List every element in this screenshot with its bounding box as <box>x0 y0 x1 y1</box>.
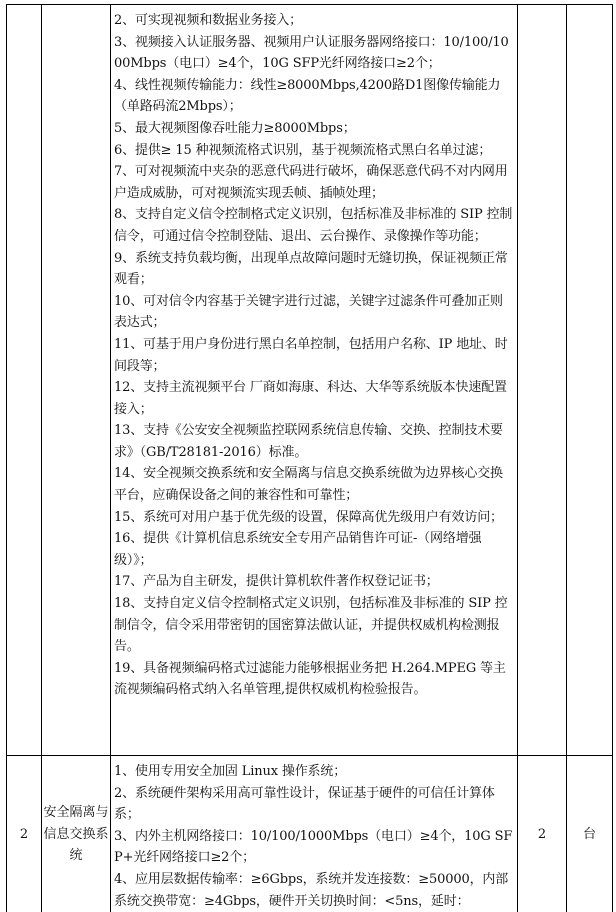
table-row: 2 安全隔离与信息交换系统 1、使用专用安全加固 Linux 操作系统； 2、系… <box>7 756 613 912</box>
quantity-cell <box>518 5 567 756</box>
spec-item: 14、安全视频交换系统和安全隔离与信息交换系统做为边界核心交换平台，应确保设备之… <box>114 463 515 506</box>
product-name-cell: 安全隔离与信息交换系统 <box>42 756 111 912</box>
unit-cell <box>567 5 613 756</box>
spec-item: 18、支持自定义信令控制格式定义识别，包括标准及非标准的 SIP 控制信令，信令… <box>114 593 515 658</box>
spec-table: 2、可实现视频和数据业务接入； 3、视频接入认证服务器、视频用户认证服务器网络接… <box>6 4 613 912</box>
product-name-cell <box>42 5 111 756</box>
spec-item: 4、线性视频传输能力：线性≥8000Mbps,4200路D1图像传输能力（单路码… <box>114 75 515 118</box>
table-row: 2、可实现视频和数据业务接入； 3、视频接入认证服务器、视频用户认证服务器网络接… <box>7 5 613 756</box>
spec-list-cell: 2、可实现视频和数据业务接入； 3、视频接入认证服务器、视频用户认证服务器网络接… <box>111 5 518 756</box>
spec-item: 19、具备视频编码格式过滤能力能够根据业务把 H.264.MPEG 等主流视频编… <box>114 658 515 701</box>
spec-item: 3、视频接入认证服务器、视频用户认证服务器网络接口：10/100/1000Mbp… <box>114 32 515 75</box>
spec-list-cell: 1、使用专用安全加固 Linux 操作系统； 2、系统硬件架构采用高可靠性设计，… <box>111 756 518 912</box>
quantity-cell: 2 <box>518 756 567 912</box>
row-index-cell: 2 <box>7 756 42 912</box>
unit-cell: 台 <box>567 756 613 912</box>
spec-item: 2、可实现视频和数据业务接入； <box>114 10 515 32</box>
spec-item: 2、系统硬件架构采用高可靠性设计，保证基于硬件的可信任计算体系； <box>114 783 515 826</box>
spec-item: 3、内外主机网络接口：10/100/1000Mbps（电口）≥4个，10G SF… <box>114 826 515 869</box>
spec-item: 8、支持自定义信令控制格式定义识别，包括标准及非标准的 SIP 控制信令，可通过… <box>114 204 515 247</box>
spec-item: 10、可对信令内容基于关键字进行过滤，关键字过滤条件可叠加正则表达式； <box>114 291 515 334</box>
spec-item: 13、支持《公安安全视频监控联网系统信息传输、交换、控制技术要求》（GB/T28… <box>114 420 515 463</box>
spec-item: 1、使用专用安全加固 Linux 操作系统； <box>114 761 515 783</box>
spec-item: 17、产品为自主研发，提供计算机软件著作权登记证书； <box>114 571 515 593</box>
spec-item: 12、支持主流视频平台 厂商如海康、科达、大华等系统版本快速配置接入； <box>114 377 515 420</box>
spec-item: 7、可对视频流中夹杂的恶意代码进行破坏，确保恶意代码不对内网用户造成威胁，可对视… <box>114 161 515 204</box>
spec-item: 9、系统支持负载均衡，出现单点故障问题时无缝切换，保证视频正常观看； <box>114 248 515 291</box>
spec-item: 15、系统可对用户基于优先级的设置，保障高优先级用户有效访问； <box>114 507 515 529</box>
row-index-cell <box>7 5 42 756</box>
spec-item: 16、提供《计算机信息系统安全专用产品销售许可证-（网络增强级）》； <box>114 528 515 571</box>
spec-item: 6、提供≥ 15 种视频流格式识别，基于视频流格式黑白名单过滤； <box>114 140 515 162</box>
spec-item: 5、最大视频图像吞吐能力≥8000Mbps； <box>114 118 515 140</box>
spec-item: 11、可基于用户身份进行黑白名单控制，包括用户名称、IP 地址、时间段等； <box>114 334 515 377</box>
spec-item: 4、应用层数据传输率：≥6Gbps，系统并发连接数：≥50000，内部系统交换带… <box>114 869 515 912</box>
